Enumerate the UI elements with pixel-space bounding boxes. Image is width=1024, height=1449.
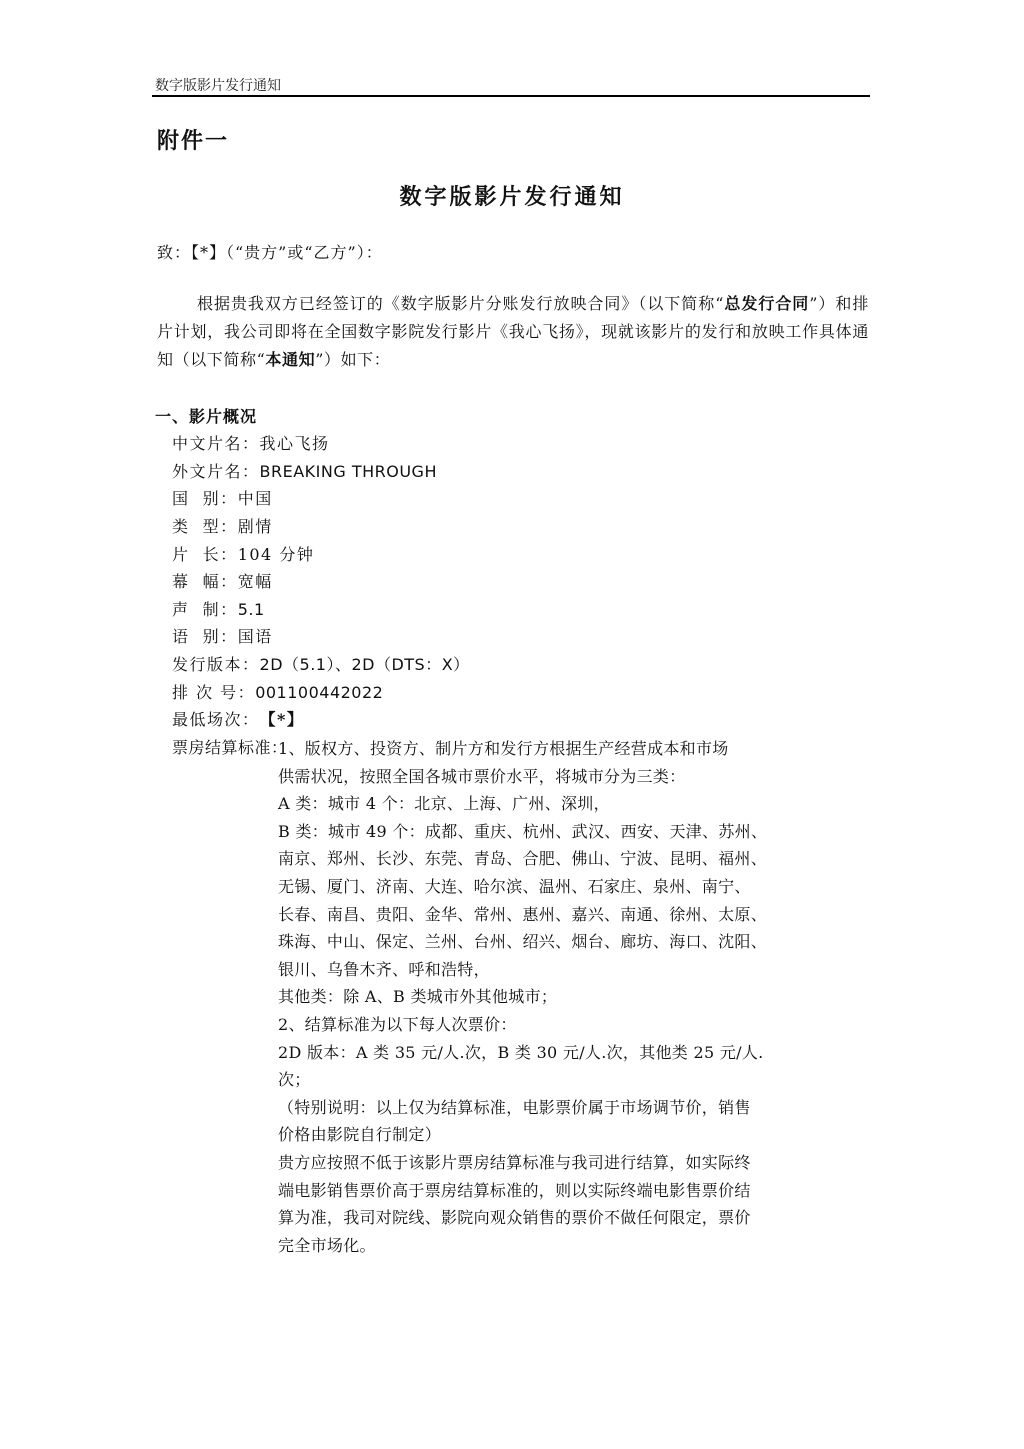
settlement-line: 供需状况，按照全国各城市票价水平，将城市分为三类： — [278, 763, 872, 791]
settlement-line: 完全市场化。 — [278, 1232, 872, 1260]
document-page: 数字版影片发行通知 附件一 数字版影片发行通知 致：【*】（“贵方”或“乙方”）… — [0, 0, 1024, 1449]
field-label: 外文片名： — [172, 459, 260, 482]
field-genre: 类 型：剧情 — [172, 514, 273, 537]
settlement-line: 南京、郑州、长沙、东莞、青岛、合肥、佛山、宁波、昆明、福州、 — [278, 845, 872, 873]
field-label: 国 别： — [172, 486, 238, 509]
field-label: 声 制： — [172, 597, 238, 620]
field-label: 排 次 号： — [172, 680, 255, 703]
settlement-line: 无锡、厦门、济南、大连、哈尔滨、温州、石家庄、泉州、南宁、 — [278, 873, 872, 901]
field-minimum-screenings: 最低场次：【*】 — [172, 707, 304, 730]
intro-text-1: 根据贵我双方已经签订的《数字版影片分账发行放映合同》（以下简称“ — [197, 294, 724, 313]
field-label: 发行版本： — [172, 652, 260, 675]
field-value: 104 分钟 — [238, 545, 315, 564]
field-value: 5.1 — [238, 600, 265, 619]
attachment-label: 附件一 — [157, 124, 229, 155]
field-value: 国语 — [238, 627, 273, 646]
settlement-line: 珠海、中山、保定、兰州、台州、绍兴、烟台、廊坊、海口、沈阳、 — [278, 928, 872, 956]
settlement-line: A 类：城市 4 个：北京、上海、广州、深圳， — [278, 790, 872, 818]
settlement-line: 算为准，我司对院线、影院向观众销售的票价不做任何限定，票价 — [278, 1204, 872, 1232]
field-value: 中国 — [238, 489, 273, 508]
intro-paragraph: 根据贵我双方已经签订的《数字版影片分账发行放映合同》（以下简称“总发行合同”）和… — [157, 290, 869, 374]
settlement-line: B 类：城市 49 个：成都、重庆、杭州、武汉、西安、天津、苏州、 — [278, 818, 872, 846]
settlement-line: 银川、乌鲁木齐、呼和浩特， — [278, 956, 872, 984]
field-chinese-title: 中文片名：我心飞扬 — [172, 431, 330, 454]
settlement-line: 价格由影院自行制定） — [278, 1121, 872, 1149]
settlement-line: 次； — [278, 1066, 872, 1094]
settlement-line: 端电影销售票价高于票房结算标准的，则以实际终端电影售票价结 — [278, 1177, 872, 1205]
field-value: 001100442022 — [255, 683, 383, 702]
settlement-line: 长春、南昌、贵阳、金华、常州、惠州、嘉兴、南通、徐州、太原、 — [278, 901, 872, 929]
settlement-line: 2、结算标准为以下每人次票价： — [278, 1011, 872, 1039]
intro-bold-term-1: 总发行合同 — [724, 294, 809, 313]
settlement-line: 贵方应按照不低于该影片票房结算标准与我司进行结算，如实际终 — [278, 1149, 872, 1177]
section-heading: 一、影片概况 — [155, 404, 257, 427]
field-value: 剧情 — [238, 517, 273, 536]
field-screen-format: 幕 幅：宽幅 — [172, 569, 273, 592]
field-sound: 声 制：5.1 — [172, 597, 265, 620]
field-runtime: 片 长：104 分钟 — [172, 542, 314, 565]
settlement-line: 其他类：除 A、B 类城市外其他城市； — [278, 983, 872, 1011]
intro-text-3: ”）如下： — [315, 350, 390, 369]
field-label: 幕 幅： — [172, 569, 238, 592]
addressee: 致：【*】（“贵方”或“乙方”）： — [157, 240, 383, 263]
field-label: 片 长： — [172, 542, 238, 565]
field-label: 最低场次： — [172, 707, 260, 730]
field-foreign-title: 外文片名：BREAKING THROUGH — [172, 459, 437, 482]
field-label: 语 别： — [172, 624, 238, 647]
field-value: 宽幅 — [238, 572, 273, 591]
running-header: 数字版影片发行通知 — [155, 75, 281, 95]
field-value: BREAKING THROUGH — [260, 462, 437, 481]
document-title: 数字版影片发行通知 — [0, 180, 1024, 211]
settlement-line: 2D 版本：A 类 35 元/人.次，B 类 30 元/人.次，其他类 25 元… — [278, 1039, 872, 1067]
settlement-label: 票房结算标准： — [172, 735, 288, 758]
field-value: 我心飞扬 — [260, 434, 330, 453]
intro-bold-term-2: 本通知 — [265, 350, 315, 369]
settlement-line: 1、版权方、投资方、制片方和发行方根据生产经营成本和市场 — [278, 735, 872, 763]
header-rule — [152, 95, 870, 97]
field-release-version: 发行版本：2D（5.1）、2D（DTS：X） — [172, 652, 470, 675]
field-value: 2D（5.1）、2D（DTS：X） — [260, 655, 470, 674]
settlement-line: （特别说明：以上仅为结算标准，电影票价属于市场调节价，销售 — [278, 1094, 872, 1122]
field-value: 【*】 — [260, 710, 305, 729]
field-country: 国 别：中国 — [172, 486, 273, 509]
field-schedule-number: 排 次 号：001100442022 — [172, 680, 383, 703]
field-language: 语 别：国语 — [172, 624, 273, 647]
field-label: 中文片名： — [172, 431, 260, 454]
field-label: 类 型： — [172, 514, 238, 537]
settlement-standard-text: 1、版权方、投资方、制片方和发行方根据生产经营成本和市场 供需状况，按照全国各城… — [278, 735, 872, 1259]
